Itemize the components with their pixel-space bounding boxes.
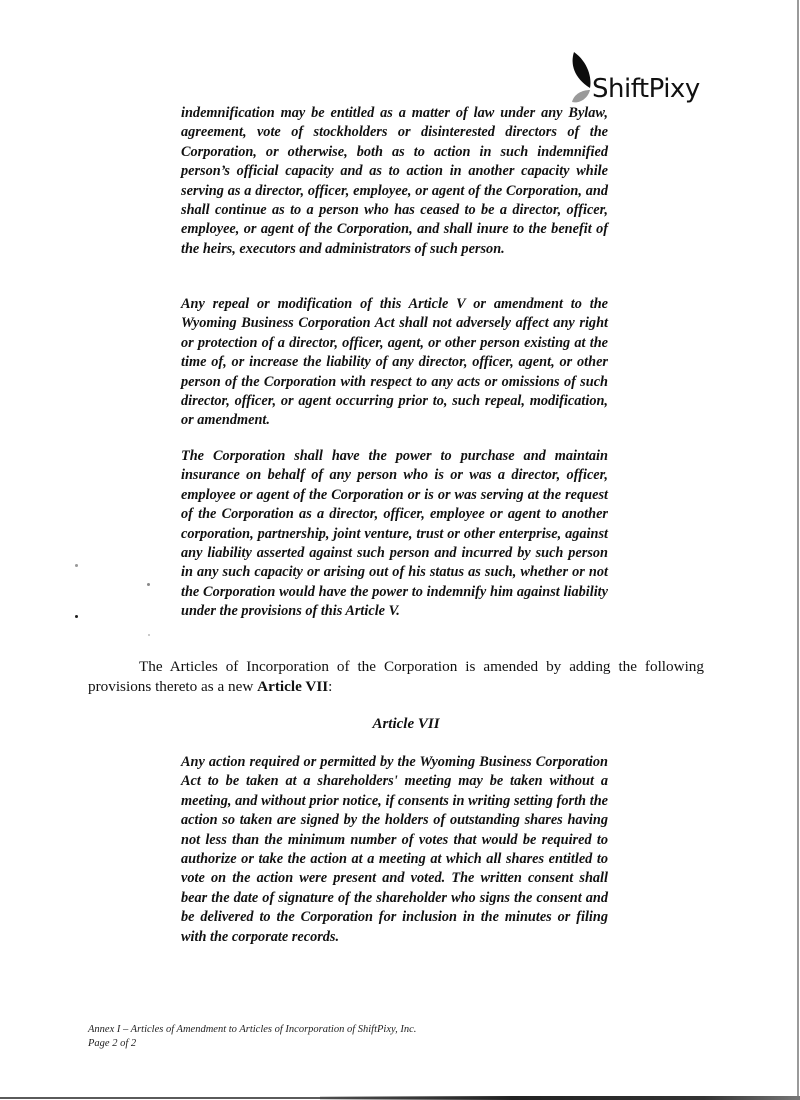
leaf-wing-icon xyxy=(568,50,594,108)
scan-speck xyxy=(148,634,150,636)
document-page: ShiftPixy indemnification may be entitle… xyxy=(0,0,799,1099)
scan-speck xyxy=(75,615,78,618)
article-vii-heading: Article VII xyxy=(0,716,800,733)
amendment-statement: The Articles of Incorporation of the Cor… xyxy=(88,657,704,697)
page-edge-shadow xyxy=(320,1096,800,1100)
amendment-article-ref: Article VII xyxy=(257,678,328,695)
amendment-text: The Articles of Incorporation of the Cor… xyxy=(88,658,704,695)
footer-page-number: Page 2 of 2 xyxy=(88,1037,416,1051)
scan-speck xyxy=(75,564,78,567)
article-v-paragraph-insurance: The Corporation shall have the power to … xyxy=(181,447,608,622)
amendment-text-end: : xyxy=(328,678,332,695)
article-v-paragraph-indemnification: indemnification may be entitled as a mat… xyxy=(181,104,608,259)
scan-speck xyxy=(147,583,150,586)
page-footer: Annex I – Articles of Amendment to Artic… xyxy=(88,1023,416,1051)
article-v-paragraph-repeal: Any repeal or modification of this Artic… xyxy=(181,295,608,431)
company-logo: ShiftPixy xyxy=(568,48,700,108)
footer-document-title: Annex I – Articles of Amendment to Artic… xyxy=(88,1023,416,1037)
logo-text: ShiftPixy xyxy=(592,76,700,102)
article-vii-paragraph: Any action required or permitted by the … xyxy=(181,753,608,947)
